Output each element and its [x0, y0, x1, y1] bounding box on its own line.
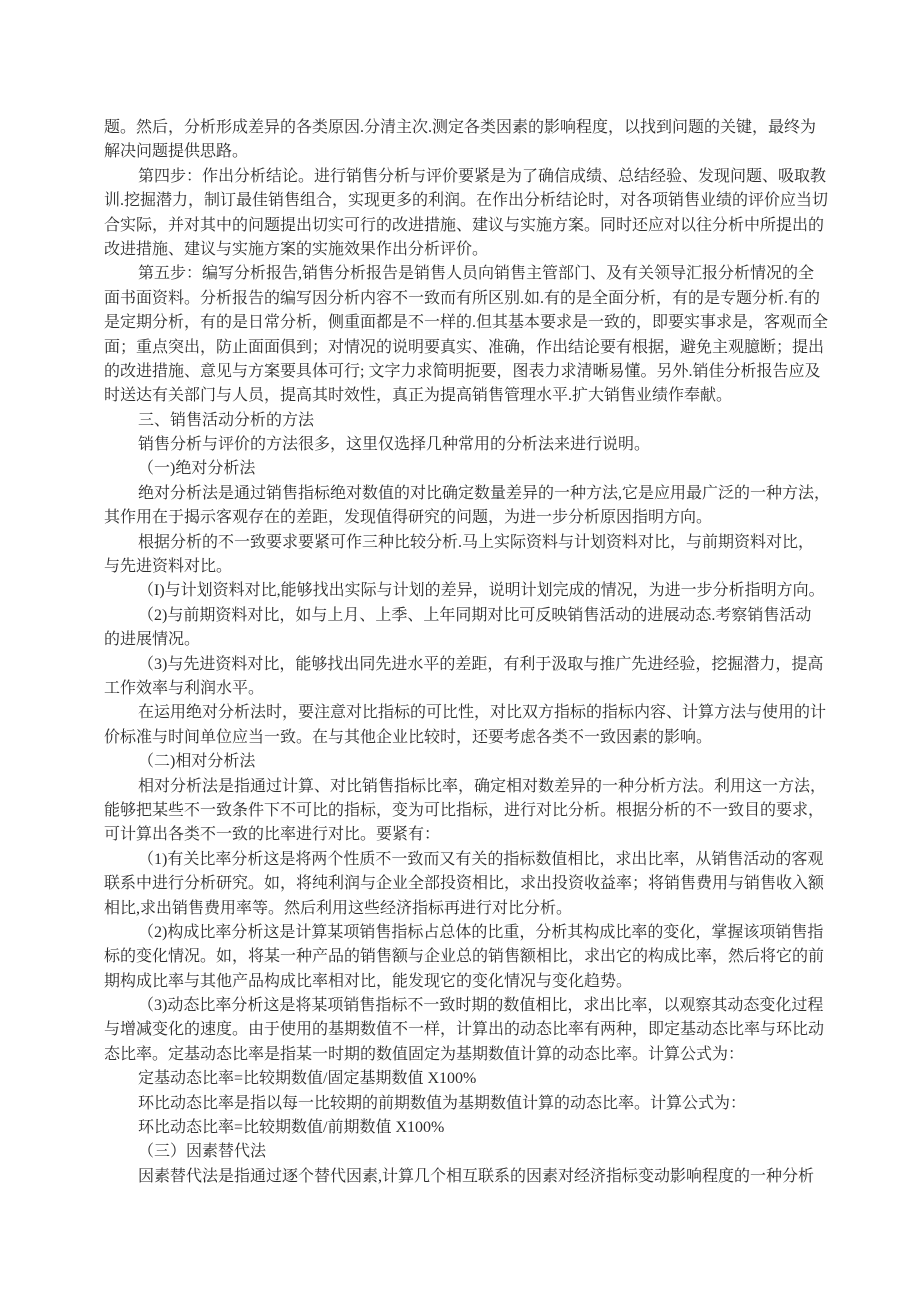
text-line: 相比,求出销售费用率等。然后利用这些经济指标再进行对比分析。 [104, 897, 822, 921]
text-line: 解决问题提供思路。 [104, 140, 822, 164]
text-line: （2)与前期资料对比，如与上月、上季、上年同期对比可反映销售活动的进展动态.考察… [104, 604, 822, 628]
text-line: 的改进措施、意见与方案要具体可行; 文字力求简明扼要，图表力求清晰易懂。另外.销… [104, 360, 822, 384]
document-text-block: 题。然后，分析形成差异的各类原因.分清主次.测定各类因素的影响程度，以找到问题的… [104, 116, 822, 1189]
text-line: 是定期分析，有的是日常分析，侧重面都是不一样的.但其基本要求是一致的，即要实事求… [104, 311, 822, 335]
text-line: 第五步：编写分析报告,销售分析报告是销售人员向销售主管部门、及有关领导汇报分析情… [104, 262, 822, 286]
text-line: 态比率。定基动态比率是指某一时期的数值固定为基期数值计算的动态比率。计算公式为： [104, 1043, 822, 1067]
text-line: 根据分析的不一致要求要紧可作三种比较分析.马上实际资料与计划资料对比，与前期资料… [104, 531, 822, 555]
text-line: 三、销售活动分析的方法 [104, 409, 822, 433]
text-line: 时送达有关部门与人员，提高其时效性，真正为提高销售管理水平.扩大销售业绩作奉献。 [104, 384, 822, 408]
text-line: 销售分析与评价的方法很多，这里仅选择几种常用的分析法来进行说明。 [104, 433, 822, 457]
text-line: 能够把某些不一致条件下不可比的指标，变为可比指标，进行对比分析。根据分析的不一致… [104, 799, 822, 823]
text-line: 期构成比率与其他产品构成比率相对比，能发现它的变化情况与变化趋势。 [104, 970, 822, 994]
text-line: 第四步：作出分析结论。进行销售分析与评价要紧是为了确信成绩、总结经验、发现问题、… [104, 165, 822, 189]
text-line: 合实际，并对其中的问题提出切实可行的改进措施、建议与实施方案。同时还应对以往分析… [104, 214, 822, 238]
text-line: 改进措施、建议与实施方案的实施效果作出分析评价。 [104, 238, 822, 262]
text-line: （1)有关比率分析这是将两个性质不一致而又有关的指标数值相比，求出比率，从销售活… [104, 848, 822, 872]
text-line: 定基动态比率=比较期数值/固定基期数值 X100% [104, 1067, 822, 1091]
text-line: （3)动态比率分析这是将某项销售指标不一致时期的数值相比，求出比率，以观察其动态… [104, 994, 822, 1018]
text-line: 在运用绝对分析法时，要注意对比指标的可比性，对比双方指标的指标内容、计算方法与使… [104, 701, 822, 725]
text-line: 可计算出各类不一致的比率进行对比。要紧有： [104, 823, 822, 847]
text-line: （一)绝对分析法 [104, 457, 822, 481]
text-line: 标的变化情况。如，将某一种产品的销售额与企业总的销售额相比，求出它的构成比率，然… [104, 945, 822, 969]
text-line: （三）因素替代法 [104, 1140, 822, 1164]
text-line: 其作用在于揭示客观存在的差距，发现值得研究的问题，为进一步分析原因指明方向。 [104, 506, 822, 530]
text-line: （二)相对分析法 [104, 750, 822, 774]
text-line: 训.挖掘潜力，制订最佳销售组合，实现更多的利润。在作出分析结论时，对各项销售业绩… [104, 189, 822, 213]
text-line: 相对分析法是指通过计算、对比销售指标比率，确定相对数差异的一种分析方法。利用这一… [104, 775, 822, 799]
document-page: 题。然后，分析形成差异的各类原因.分清主次.测定各类因素的影响程度，以找到问题的… [0, 0, 920, 1301]
text-line: （2)构成比率分析这是计算某项销售指标占总体的比重，分析其构成比率的变化，掌握该… [104, 921, 822, 945]
text-line: （3)与先进资料对比，能够找出同先进水平的差距，有利于汲取与推广先进经验，挖掘潜… [104, 653, 822, 677]
text-line: 价标准与时间单位应当一致。在与其他企业比较时，还要考虑各类不一致因素的影响。 [104, 726, 822, 750]
text-line: 面；重点突出，防止面面俱到；对情况的说明要真实、准确，作出结论要有根据，避免主观… [104, 336, 822, 360]
text-line: 与先进资料对比。 [104, 555, 822, 579]
text-line: 与增减变化的速度。由于使用的基期数值不一样，计算出的动态比率有两种，即定基动态比… [104, 1018, 822, 1042]
text-line: 题。然后，分析形成差异的各类原因.分清主次.测定各类因素的影响程度，以找到问题的… [104, 116, 822, 140]
text-line: 环比动态比率=比较期数值/前期数值 X100% [104, 1116, 822, 1140]
text-line: 绝对分析法是通过销售指标绝对数值的对比确定数量差异的一种方法,它是应用最广泛的一… [104, 482, 822, 506]
text-line: 联系中进行分析研究。如，将纯利润与企业全部投资相比，求出投资收益率；将销售费用与… [104, 872, 822, 896]
text-line: 工作效率与利润水平。 [104, 677, 822, 701]
text-line: 环比动态比率是指以每一比较期的前期数值为基期数值计算的动态比率。计算公式为： [104, 1092, 822, 1116]
text-line: 面书面资料。分析报告的编写因分析内容不一致而有所区别.如.有的是全面分析，有的是… [104, 287, 822, 311]
text-line: （I)与计划资料对比,能够找出实际与计划的差异，说明计划完成的情况，为进一步分析… [104, 579, 822, 603]
text-line: 因素替代法是指通过逐个替代因素,计算几个相互联系的因素对经济指标变动影响程度的一… [104, 1165, 822, 1189]
text-line: 的进展情况。 [104, 628, 822, 652]
